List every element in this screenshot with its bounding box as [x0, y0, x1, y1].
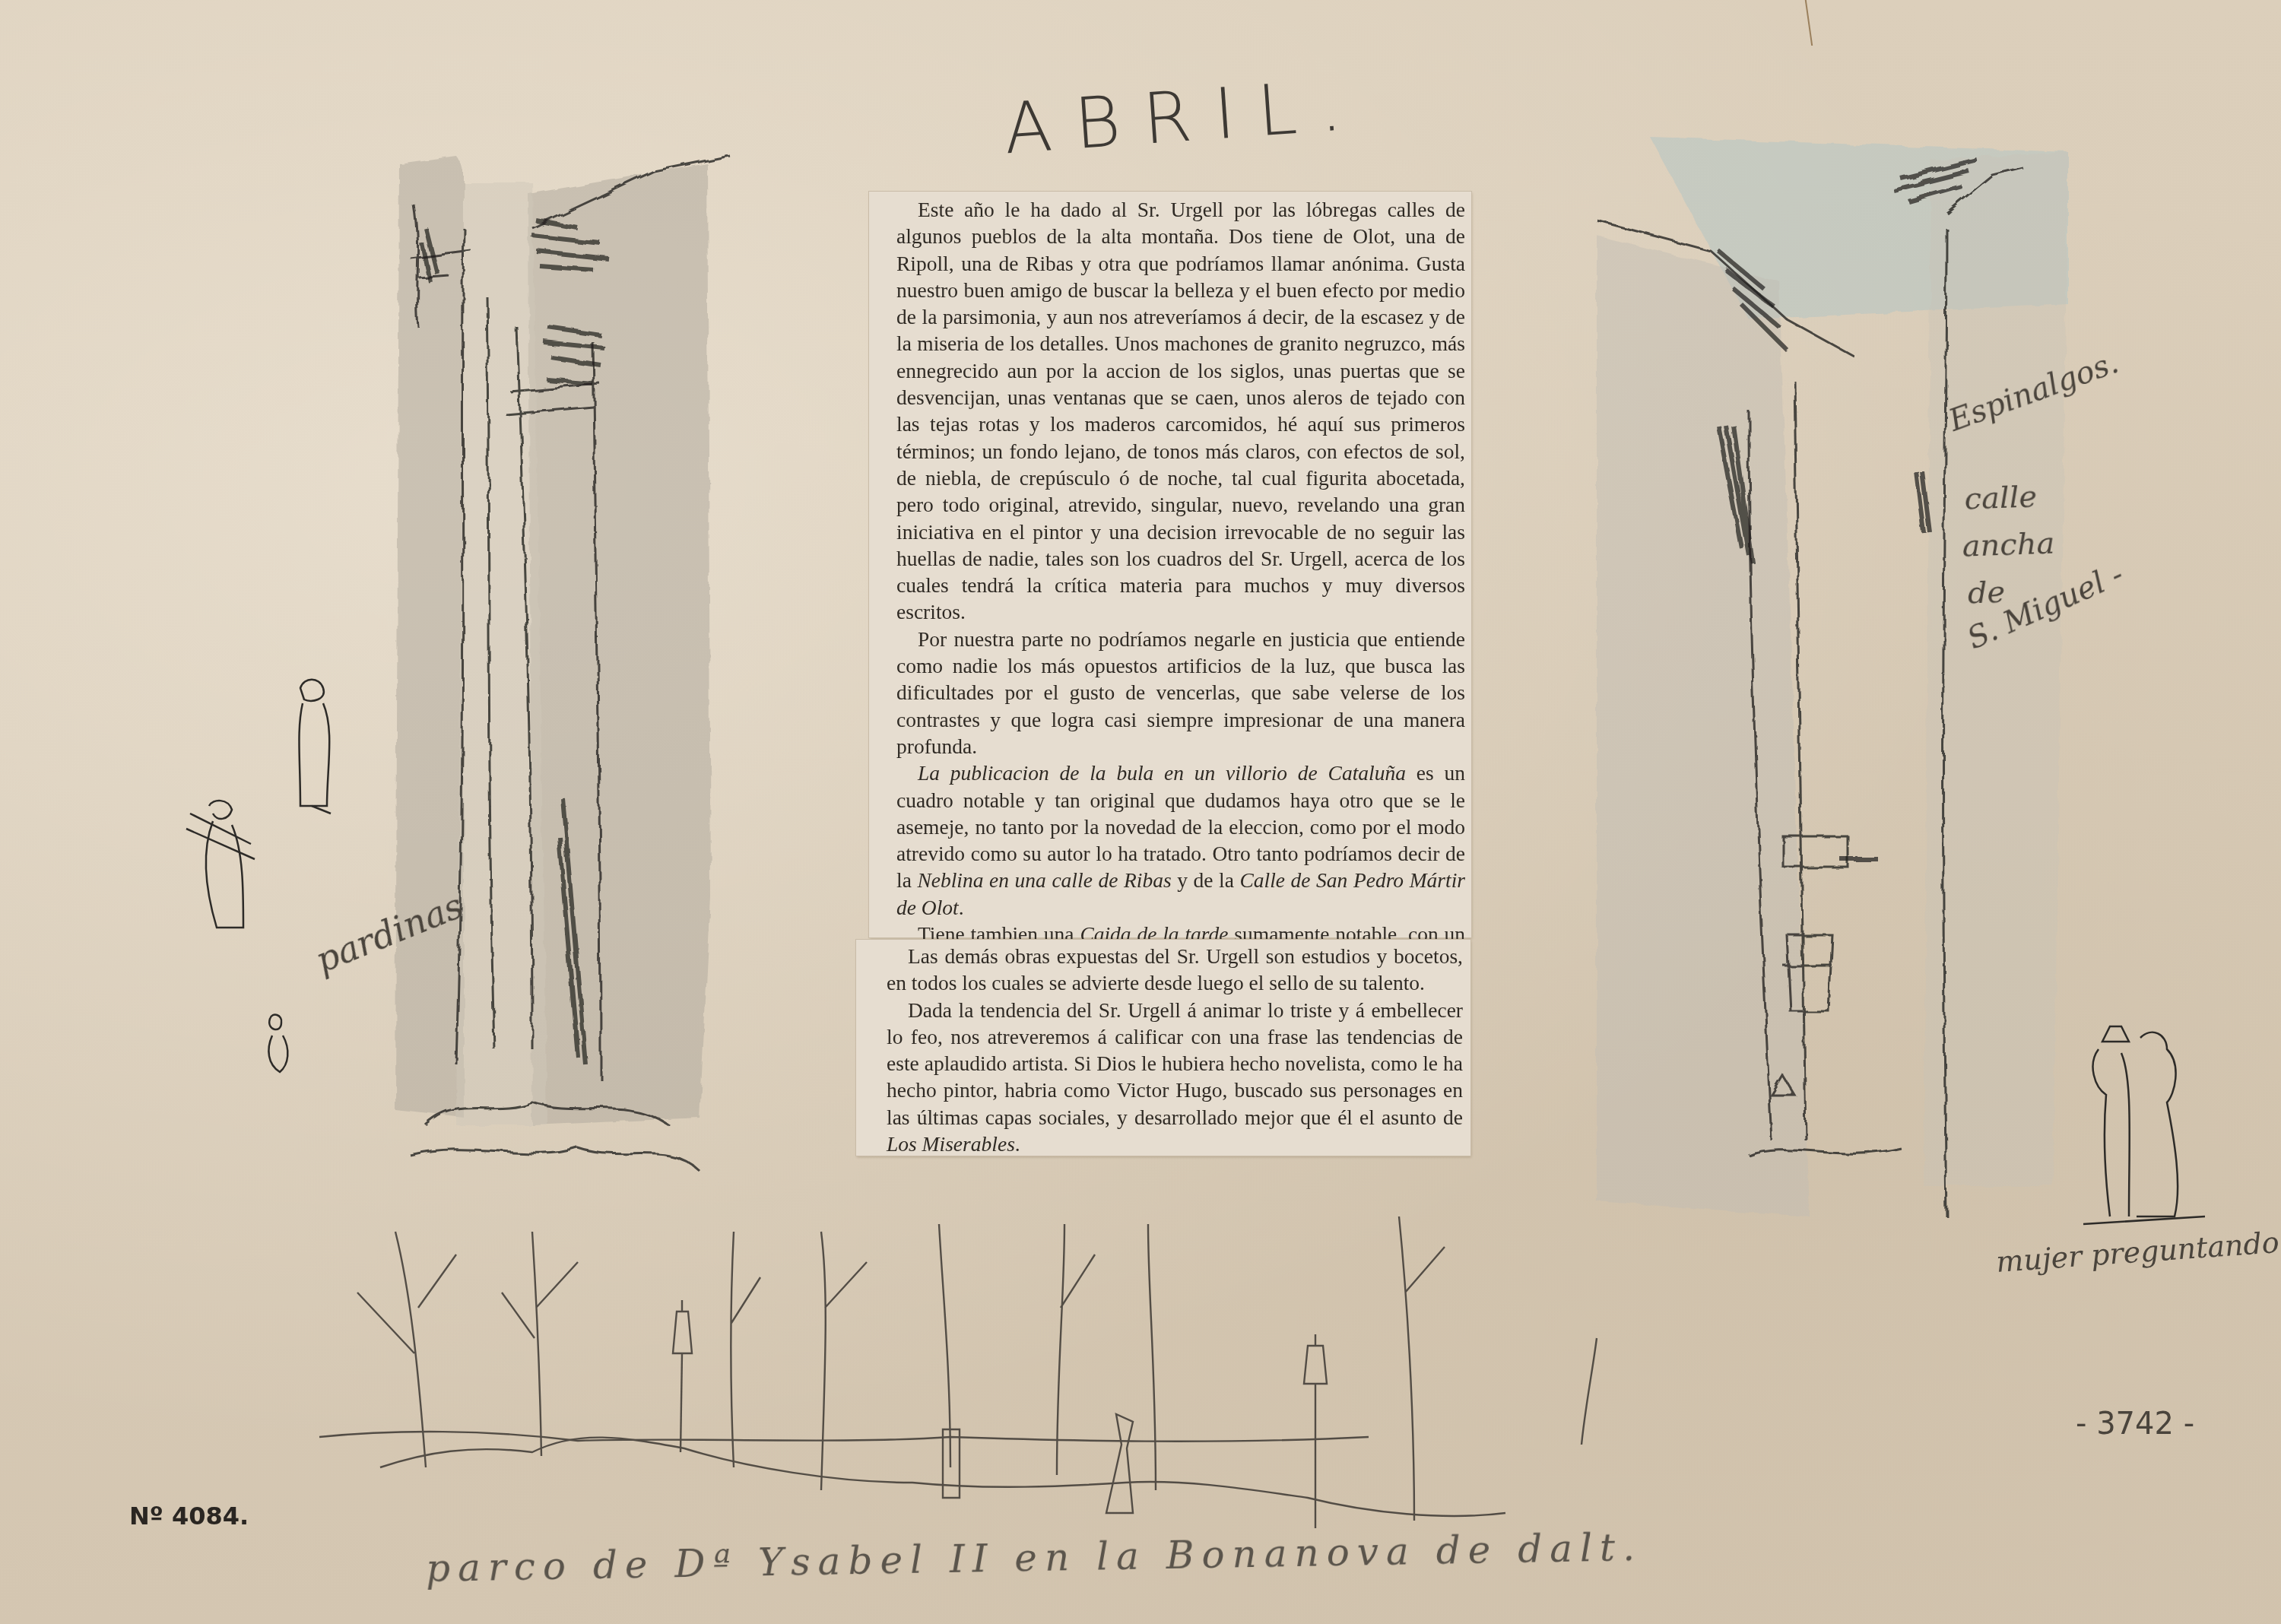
clipping-text: Dada la tendencia del Sr. Urgell á anima… — [887, 998, 1463, 1129]
clipping-text: . — [1015, 1132, 1020, 1156]
left-street-sketch — [395, 156, 730, 1171]
artwork-title: Los Miserables — [887, 1132, 1015, 1156]
right-figures-sketch — [2083, 1026, 2205, 1224]
clipping-text: y de la — [1172, 868, 1240, 892]
bottom-park-sketch — [319, 1216, 1597, 1528]
clipping-text: Las demás obras expuestas del Sr. Urgell… — [887, 944, 1463, 994]
artwork-title: La publicacion de la bula en un villorio… — [918, 761, 1406, 785]
label-line: calle — [1964, 470, 2132, 523]
handwritten-right-label: Espinalgos. calle ancha de S. Miguel - — [1949, 392, 2137, 665]
inventory-number: Nº 4084. — [129, 1502, 249, 1530]
album-page: Este año le ha dado al Sr. Urgell por la… — [0, 0, 2281, 1624]
clipping-paragraph: Las demás obras expuestas del Sr. Urgell… — [887, 943, 1463, 997]
clipping-text: Por nuestra parte no podríamos negarle e… — [896, 627, 1465, 758]
clipping-paragraph: La publicacion de la bula en un villorio… — [896, 760, 1465, 921]
clipping-text: . — [959, 896, 964, 919]
newspaper-clipping-second: Las demás obras expuestas del Sr. Urgell… — [856, 940, 1470, 1156]
clipping-paragraph: Este año le ha dado al Sr. Urgell por la… — [896, 196, 1465, 626]
right-street-sketch — [1597, 137, 2068, 1216]
left-figures-sketch — [186, 680, 331, 1072]
clipping-paragraph: Dada la tendencia del Sr. Urgell á anima… — [887, 997, 1463, 1158]
artwork-title: Neblina en una calle de Ribas — [917, 868, 1171, 892]
clipping-paragraph: Por nuestra parte no podríamos negarle e… — [896, 626, 1465, 760]
newspaper-clipping-main: Este año le ha dado al Sr. Urgell por la… — [869, 192, 1471, 937]
clipping-text: Este año le ha dado al Sr. Urgell por la… — [896, 198, 1465, 623]
catalog-number: - 3742 - — [2076, 1407, 2194, 1442]
